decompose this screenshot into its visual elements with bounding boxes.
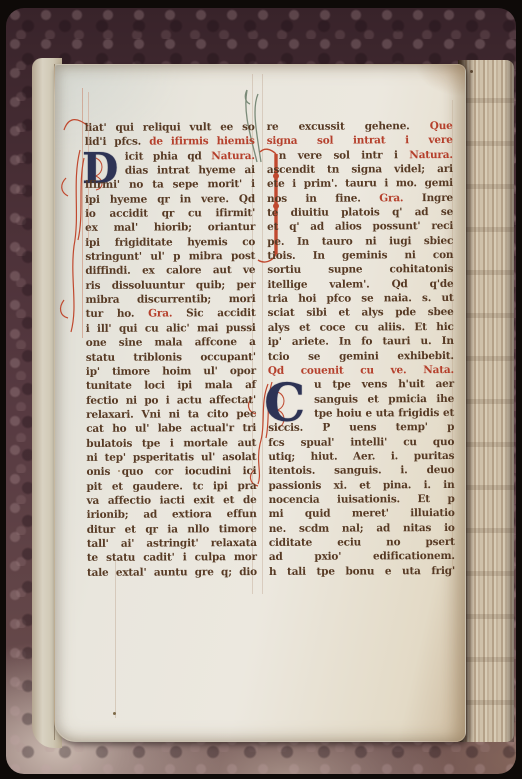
text-line: ni tep' psperitatis ul' asolat <box>86 450 256 465</box>
text-line: alys et coce cu aliis. Et hic <box>268 320 454 335</box>
parchment-speck <box>470 70 473 73</box>
text-line: Qd couenit cu ve. Nata. <box>268 363 454 378</box>
text-line: h tali tpe bonu e uta frig' <box>269 564 455 579</box>
text-line: passionis xi. et pina. i. in <box>268 478 454 493</box>
text-line: ciditate eciu no psert <box>269 535 455 550</box>
text-line: mi quid meret' illuiatio <box>269 506 455 521</box>
text-line: u tpe vens h'uit aer <box>268 377 454 392</box>
text-line: relaxari. Vni ni ta cito pec <box>86 407 256 422</box>
text-line: irionib; ad extiora effun <box>87 507 257 522</box>
text-line: tiois. In geminis ni con <box>267 248 453 263</box>
text-line: tunitate loci ipi mala af <box>86 378 256 393</box>
text-line: sciat sibi et alys pde sbee <box>268 305 454 320</box>
parchment-speck <box>306 700 308 702</box>
text-line: dias intrat hyeme ai <box>85 163 255 178</box>
text-line: utiq; hiut. Aer. i. puritas <box>268 449 454 464</box>
text-line: tria hoi pfco se naia. s. ut <box>267 291 453 306</box>
text-line: nos in fine. Gra. Ingre <box>267 191 453 206</box>
text-line: ip' ariete. In fo tauri u. In <box>268 334 454 349</box>
text-line: fcs spual' intelli' cu quo <box>268 435 454 450</box>
text-line: i ill' qui cu alic' mai pussi <box>86 321 256 336</box>
text-column-left: liat' qui reliqui vult ee solid'i pfcs. … <box>85 120 257 580</box>
text-line: ifirmi' no ta sepe morit' i <box>85 177 255 192</box>
text-line: ete i prim'. tauru i mo. gemi <box>267 176 453 191</box>
text-line: mibra discurrentib; mori <box>85 292 255 307</box>
text-line: ascendit tn signa videl; ari <box>267 162 453 177</box>
text-line: te diuitiu platois q' ad se <box>267 205 453 220</box>
text-line: fectio ni po i actu affectat' <box>86 393 256 408</box>
text-line: itentois. sanguis. i. deuo <box>268 463 454 478</box>
text-line: ne. scdm nal; ad nitas io <box>269 521 455 536</box>
text-line: pe. In tauro ni iugi sbiec <box>267 234 453 249</box>
text-line: sortiu supne cohitatonis <box>267 262 453 277</box>
text-line: onis quo cor iocudini ici <box>86 464 256 479</box>
text-line: ris dissoluuntur quib; per <box>85 278 255 293</box>
text-line: ad pxio' edificationem. <box>269 549 455 564</box>
text-line: tall' ai' astringit' relaxata <box>87 536 257 551</box>
text-line: ex mal' hiorib; oriantur <box>85 220 255 235</box>
parchment-speck <box>113 712 116 715</box>
text-line: bulatois tpe i mortale aut <box>86 436 256 451</box>
text-block: liat' qui reliqui vult ee solid'i pfcs. … <box>0 0 522 779</box>
text-line: n vere sol intr i Natura. <box>267 148 453 163</box>
text-line: itellige valem'. Qd q'de <box>267 277 453 292</box>
text-line: statu triblonis occupant' <box>86 350 256 365</box>
text-line: te statu cadit' i culpa mor <box>87 550 257 565</box>
text-column-right: re excussit gehene. Quesigna sol intrat … <box>267 119 455 579</box>
text-line: tale extal' auntu gre q; dio <box>87 565 257 580</box>
text-line: icit phia qd Natura. <box>85 149 255 164</box>
text-line: va affectio iacti exit et de <box>87 493 257 508</box>
text-line: nocencia iuisationis. Et p <box>269 492 455 507</box>
text-line: signa sol intrat i vere <box>267 133 453 148</box>
text-line: cat ho ul' labe actual'r tri <box>86 421 256 436</box>
text-line: tur ho. Gra. Sic accidit <box>86 306 256 321</box>
text-line: diffindi. ex calore aut ve <box>85 263 255 278</box>
text-line: pit et gaudere. tc ipi pra <box>86 479 256 494</box>
text-line: re excussit gehene. Que <box>267 119 453 134</box>
text-line: ditur et qr ia nllo timore <box>87 522 257 537</box>
text-line: tpe hoiu e uta frigidis et <box>268 406 454 421</box>
manuscript-photo: D C liat' qui reliqui vult ee solid'i pf… <box>0 0 522 779</box>
text-line: io accidit qr cu ifirmit' <box>85 206 255 221</box>
text-line: lid'i pfcs. de ifirmis hiemis <box>85 134 255 149</box>
text-line: siccis. P uens temp' p <box>268 420 454 435</box>
text-line: tcio se gemini exhibebit. <box>268 348 454 363</box>
text-line: ipi hyeme qr in vere. Qd <box>85 192 255 207</box>
text-line: sanguis et pmicia ihe <box>268 392 454 407</box>
parchment-speck <box>118 470 120 472</box>
text-line: liat' qui reliqui vult ee so <box>85 120 255 135</box>
text-line: stringunt' ul' p mibra post <box>85 249 255 264</box>
text-line: ipi frigiditate hyemis co <box>85 235 255 250</box>
text-line: et q' ad alios possunt' reci <box>267 219 453 234</box>
text-line: one sine mala affcone a <box>86 335 256 350</box>
text-line: ip' timore hoim ul' opor <box>86 364 256 379</box>
